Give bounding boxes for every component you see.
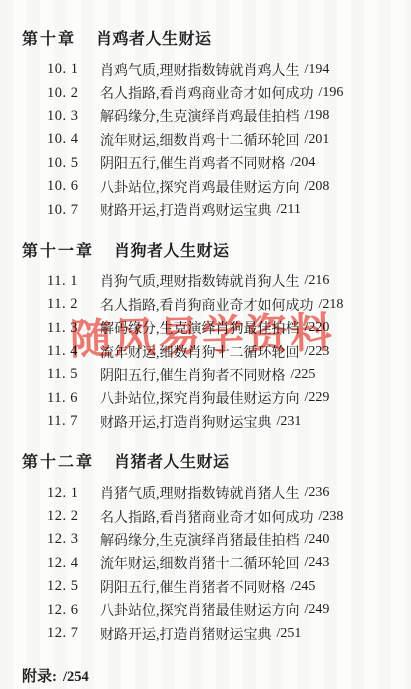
toc-entry-page: /245 xyxy=(291,579,316,595)
chapter-title: 肖鸡者人生财运 xyxy=(96,30,212,49)
toc-entry-title: 财路开运,打造肖猪财运宝典 xyxy=(100,624,272,644)
toc-entry-number: 10. 7 xyxy=(47,202,100,219)
appendix-label: 附录: xyxy=(22,665,57,686)
toc-entry: 10. 1 肖鸡气质,理财指数铸就肖鸡人生 /194 xyxy=(47,58,397,81)
toc-entry: 12. 5 阴阳五行,催生肖猪者不同财格 /245 xyxy=(47,575,397,598)
toc-entry-number: 10. 1 xyxy=(47,61,100,78)
toc-entry: 12. 7 财路开运,打造肖猪财运宝典 /251 xyxy=(47,622,397,645)
toc-entry-title: 肖狗气质,理财指数铸就肖狗人生 xyxy=(100,271,300,291)
toc-entry-title: 名人指路,看肖猪商业奇才如何成功 xyxy=(100,507,314,527)
toc-entry-page: /198 xyxy=(305,108,330,124)
toc-entry-number: 11. 3 xyxy=(47,320,100,337)
toc-entry-number: 10. 2 xyxy=(47,85,100,102)
toc-entry: 11. 7 财路开运,打造肖狗财运宝典 /231 xyxy=(47,410,397,433)
toc-entry: 11. 4 流年财运,细数肖狗十二循环轮回 /223 xyxy=(47,340,397,363)
chapter-12-items: 12. 1 肖猪气质,理财指数铸就肖猪人生 /236 12. 2 名人指路,看肖… xyxy=(22,481,397,645)
toc-entry-title: 阴阳五行,催生肖鸡者不同财格 xyxy=(100,153,286,173)
chapter-12-block: 第十二章 肖猪者人生财运 12. 1 肖猪气质,理财指数铸就肖猪人生 /236 … xyxy=(22,453,397,645)
toc-entry-page: /229 xyxy=(305,390,330,406)
toc-entry-page: /240 xyxy=(305,532,330,548)
toc-entry-title: 财路开运,打造肖狗财运宝典 xyxy=(100,412,272,432)
toc-entry-page: /249 xyxy=(305,602,330,618)
toc-entry: 10. 4 流年财运,细数肖鸡十二循环轮回 /201 xyxy=(47,128,397,151)
toc-entry-title: 名人指路,看肖狗商业奇才如何成功 xyxy=(100,295,314,315)
toc-entry-title: 肖鸡气质,理财指数铸就肖鸡人生 xyxy=(100,60,300,80)
toc-entry-page: /211 xyxy=(277,202,301,218)
chapter-number: 第十章 xyxy=(22,30,76,49)
toc-entry-title: 解码缘分,生克演绎肖狗最佳拍档 xyxy=(100,318,300,338)
toc-entry-number: 12. 6 xyxy=(47,602,100,619)
chapter-11-block: 第十一章 肖狗者人生财运 11. 1 肖狗气质,理财指数铸就肖狗人生 /216 … xyxy=(22,242,397,434)
toc-entry-page: /251 xyxy=(277,626,302,642)
chapter-11-heading: 第十一章 肖狗者人生财运 xyxy=(22,242,397,261)
toc-entry-page: /238 xyxy=(319,509,344,525)
toc-entry-number: 11. 7 xyxy=(47,413,100,430)
chapter-title: 肖猪者人生财运 xyxy=(114,453,230,472)
toc-entry: 12. 6 八卦站位,探究肖猪最佳财运方向 /249 xyxy=(47,598,397,621)
toc-entry-page: /208 xyxy=(305,179,330,195)
toc-entry-number: 12. 4 xyxy=(47,555,100,572)
toc-entry: 10. 6 八卦站位,探究肖鸡最佳财运方向 /208 xyxy=(47,175,397,198)
toc-entry: 10. 7 财路开运,打造肖鸡财运宝典 /211 xyxy=(47,198,397,221)
toc-entry-page: /243 xyxy=(305,555,330,571)
appendix-entry: 附录: /254 xyxy=(22,665,397,686)
toc-entry: 11. 2 名人指路,看肖狗商业奇才如何成功 /218 xyxy=(47,293,397,316)
chapter-12-heading: 第十二章 肖猪者人生财运 xyxy=(22,453,397,472)
toc-entry-page: /196 xyxy=(319,85,344,101)
toc-entry-number: 10. 3 xyxy=(47,108,100,125)
toc-entry: 11. 1 肖狗气质,理财指数铸就肖狗人生 /216 xyxy=(47,270,397,293)
toc-entry-number: 11. 5 xyxy=(47,366,100,383)
toc-entry-title: 肖猪气质,理财指数铸就肖猪人生 xyxy=(100,483,300,503)
toc-entry-page: /218 xyxy=(319,297,344,313)
toc-entry-title: 解码缘分,生克演绎肖鸡最佳拍档 xyxy=(100,106,300,126)
toc-entry-number: 11. 4 xyxy=(47,343,100,360)
chapter-10-block: 第十章 肖鸡者人生财运 10. 1 肖鸡气质,理财指数铸就肖鸡人生 /194 1… xyxy=(22,30,397,222)
appendix-page: /254 xyxy=(63,669,89,686)
toc-entry-title: 财路开运,打造肖鸡财运宝典 xyxy=(100,200,272,220)
toc-entry-number: 11. 2 xyxy=(47,296,100,313)
toc-entry-page: /201 xyxy=(305,132,330,148)
toc-entry-number: 12. 2 xyxy=(47,508,100,525)
toc-entry-number: 10. 5 xyxy=(47,155,100,172)
chapter-number: 第十一章 xyxy=(22,242,94,261)
toc-entry-title: 流年财运,细数肖鸡十二循环轮回 xyxy=(100,130,300,150)
toc-entry-page: /225 xyxy=(291,367,316,383)
toc-entry: 11. 6 八卦站位,探究肖狗最佳财运方向 /229 xyxy=(47,387,397,410)
toc-entry-number: 11. 6 xyxy=(47,390,100,407)
chapter-10-items: 10. 1 肖鸡气质,理财指数铸就肖鸡人生 /194 10. 2 名人指路,看肖… xyxy=(22,58,397,222)
toc-entry: 11. 3 解码缘分,生克演绎肖狗最佳拍档 /220 xyxy=(47,317,397,340)
toc-entry: 10. 5 阴阳五行,催生肖鸡者不同财格 /204 xyxy=(47,152,397,175)
toc-entry-page: /220 xyxy=(305,320,330,336)
toc-entry-title: 八卦站位,探究肖鸡最佳财运方向 xyxy=(100,177,300,197)
toc-entry-number: 10. 6 xyxy=(47,178,100,195)
chapter-title: 肖狗者人生财运 xyxy=(114,242,230,261)
toc-entry: 10. 3 解码缘分,生克演绎肖鸡最佳拍档 /198 xyxy=(47,105,397,128)
toc-entry: 12. 4 流年财运,细数肖猪十二循环轮回 /243 xyxy=(47,552,397,575)
toc-entry-title: 阴阳五行,催生肖狗者不同财格 xyxy=(100,365,286,385)
toc-entry-title: 流年财运,细数肖猪十二循环轮回 xyxy=(100,553,300,573)
scanned-toc-page: 第十章 肖鸡者人生财运 10. 1 肖鸡气质,理财指数铸就肖鸡人生 /194 1… xyxy=(0,0,411,689)
toc-entry-title: 解码缘分,生克演绎肖猪最佳拍档 xyxy=(100,530,300,550)
toc-entry-page: /204 xyxy=(291,155,316,171)
toc-entry: 11. 5 阴阳五行,催生肖狗者不同财格 /225 xyxy=(47,363,397,386)
toc-entry-page: /216 xyxy=(305,273,330,289)
toc-entry-page: /194 xyxy=(305,62,330,78)
toc-entry-title: 阴阳五行,催生肖猪者不同财格 xyxy=(100,577,286,597)
toc-entry-number: 12. 5 xyxy=(47,578,100,595)
toc-entry-number: 11. 1 xyxy=(47,273,100,290)
toc-entry: 12. 2 名人指路,看肖猪商业奇才如何成功 /238 xyxy=(47,505,397,528)
toc-entry-page: /223 xyxy=(305,344,330,360)
toc-entry-number: 12. 3 xyxy=(47,531,100,548)
toc-entry-page: /231 xyxy=(277,414,302,430)
toc-entry-title: 流年财运,细数肖狗十二循环轮回 xyxy=(100,342,300,362)
toc-entry: 12. 3 解码缘分,生克演绎肖猪最佳拍档 /240 xyxy=(47,528,397,551)
chapter-number: 第十二章 xyxy=(22,453,94,472)
toc-entry-number: 12. 7 xyxy=(47,625,100,642)
toc-entry: 12. 1 肖猪气质,理财指数铸就肖猪人生 /236 xyxy=(47,481,397,504)
chapter-11-items: 11. 1 肖狗气质,理财指数铸就肖狗人生 /216 11. 2 名人指路,看肖… xyxy=(22,270,397,434)
toc-entry-title: 八卦站位,探究肖狗最佳财运方向 xyxy=(100,388,300,408)
toc-entry-page: /236 xyxy=(305,485,330,501)
toc-entry-number: 12. 1 xyxy=(47,485,100,502)
toc-entry-title: 名人指路,看肖鸡商业奇才如何成功 xyxy=(100,83,314,103)
chapter-10-heading: 第十章 肖鸡者人生财运 xyxy=(22,30,397,49)
toc-entry: 10. 2 名人指路,看肖鸡商业奇才如何成功 /196 xyxy=(47,81,397,104)
toc-entry-number: 10. 4 xyxy=(47,131,100,148)
toc-entry-title: 八卦站位,探究肖猪最佳财运方向 xyxy=(100,600,300,620)
